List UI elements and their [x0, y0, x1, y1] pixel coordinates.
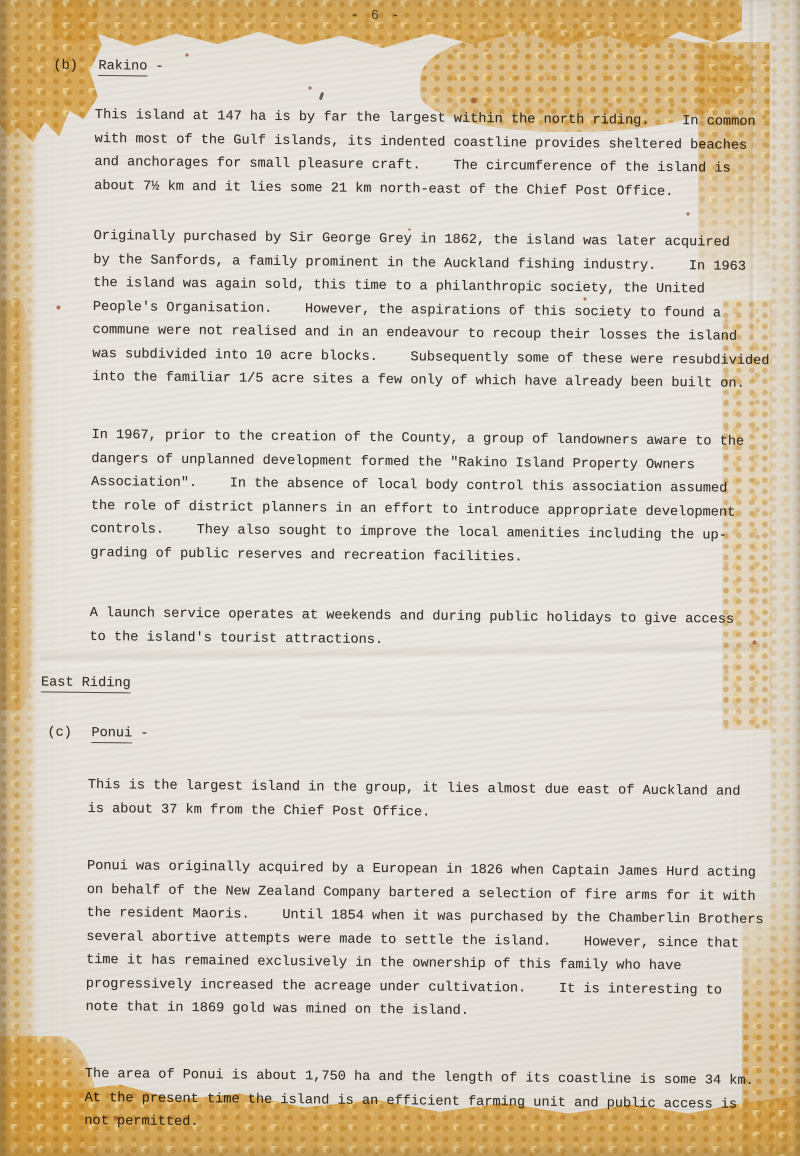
- typewritten-text-layer: - 6 - (b) Rakino - This island at 147 ha…: [0, 0, 800, 1156]
- section-marker-b: (b): [53, 55, 78, 79]
- paragraph-ponui-1: This is the largest island in the group,…: [87, 774, 740, 828]
- section-marker-c: (c): [47, 721, 72, 745]
- paragraph-rakino-2: Originally purchased by Sir George Grey …: [92, 225, 771, 397]
- paragraph-rakino-1: This island at 147 ha is by far the larg…: [94, 104, 756, 205]
- ponui-title: Ponui: [91, 726, 132, 743]
- paragraph-ponui-2: Ponui was originally acquired by a Europ…: [85, 855, 764, 1027]
- scanned-document-page: - 6 - (b) Rakino - This island at 147 ha…: [0, 0, 800, 1156]
- paragraph-rakino-3: In 1967, prior to the creation of the Co…: [90, 424, 744, 572]
- page-number: - 6 -: [331, 8, 421, 24]
- section-heading-rakino: Rakino -: [98, 55, 164, 79]
- paragraph-ponui-3: The area of Ponui is about 1,750 ha and …: [84, 1063, 754, 1141]
- east-riding-title: East Riding: [41, 675, 131, 693]
- section-heading-ponui: Ponui -: [91, 722, 148, 746]
- rakino-title: Rakino: [98, 59, 147, 77]
- heading-east-riding: East Riding: [41, 671, 131, 695]
- ponui-title-suffix: -: [132, 726, 148, 741]
- paragraph-rakino-4: A launch service operates at weekends an…: [89, 602, 734, 656]
- rakino-title-suffix: -: [147, 59, 163, 74]
